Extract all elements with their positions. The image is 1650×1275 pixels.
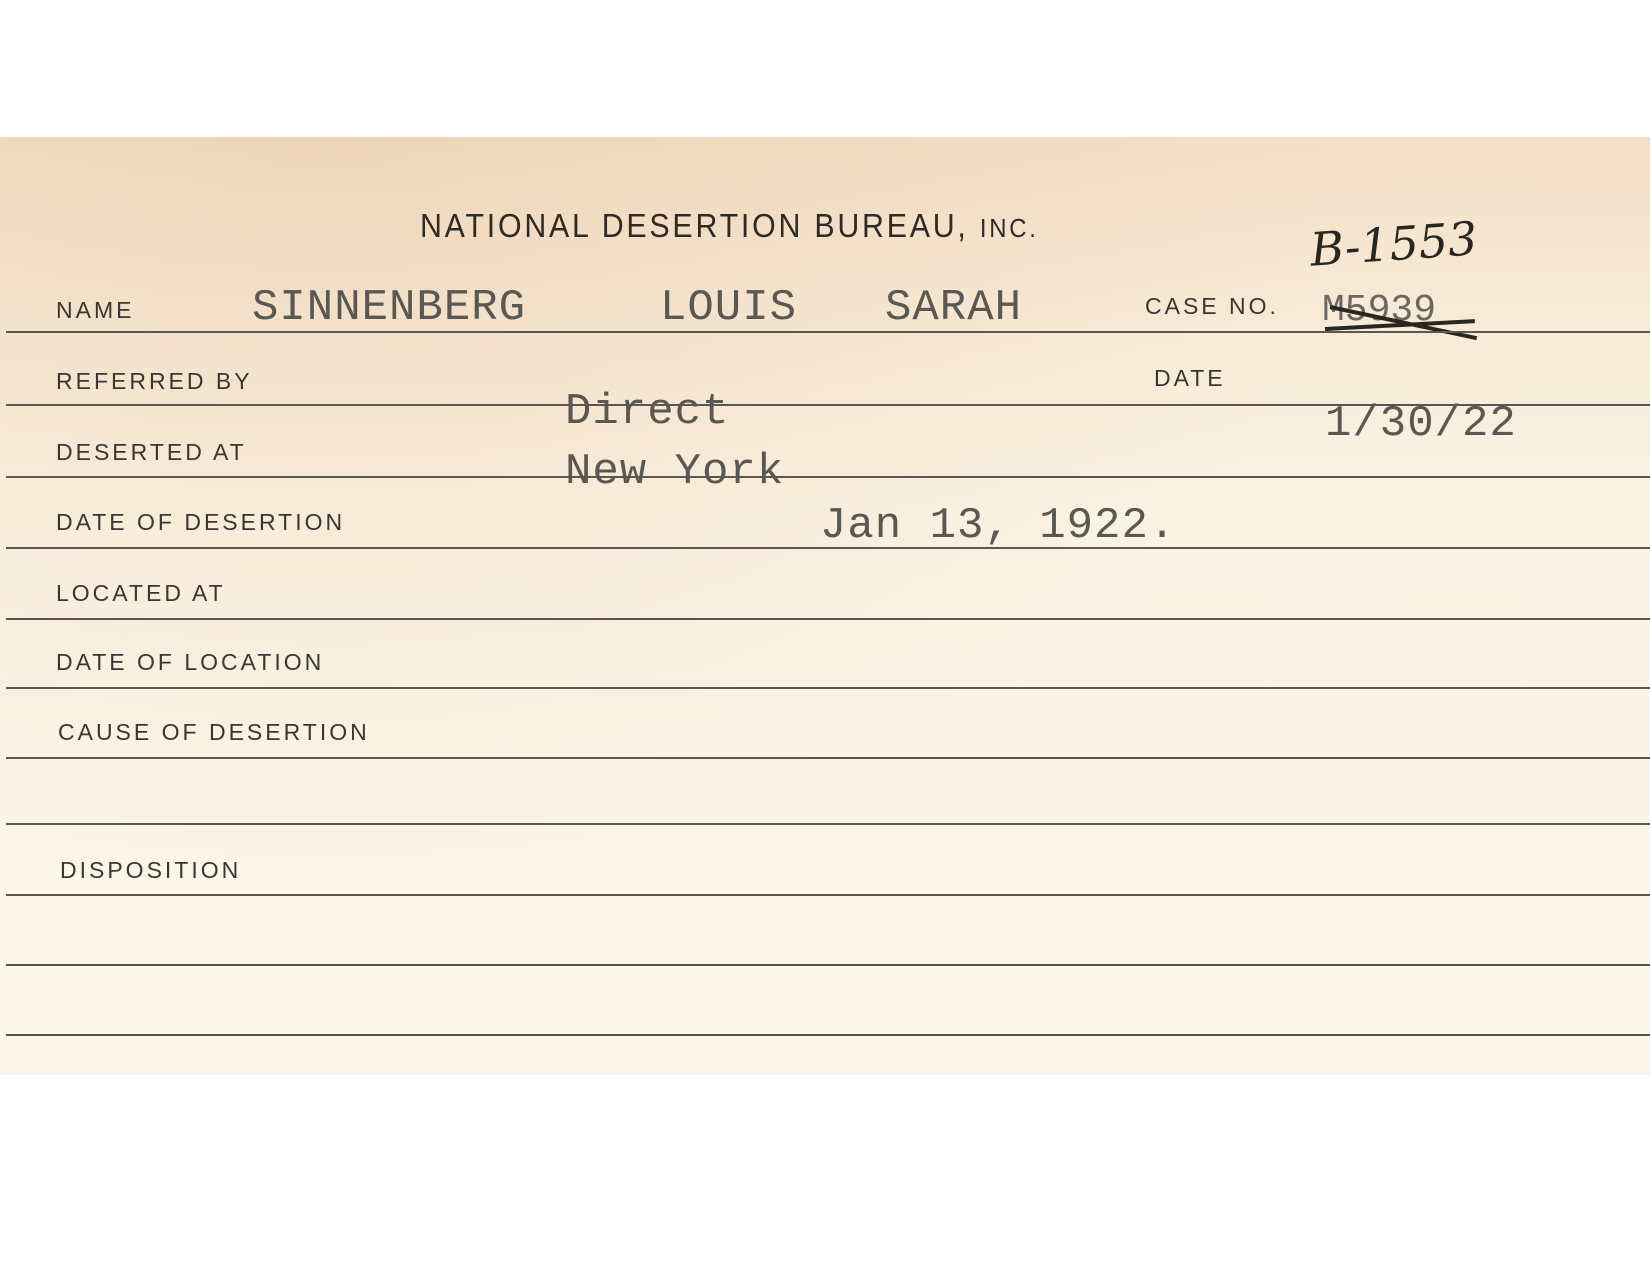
date-of-desertion-value: Jan 13, 1922. — [820, 501, 1176, 551]
index-card: NATIONAL DESERTION BUREAU, INC. B-1553 N… — [0, 137, 1650, 1075]
rule-deserted-at — [6, 476, 1650, 478]
name-label: NAME — [56, 297, 134, 324]
name-surname-value: SINNENBERG — [252, 283, 526, 333]
rule-blank-3 — [6, 1034, 1650, 1036]
name-given-2-value: SARAH — [885, 283, 1022, 333]
handwritten-case-number: B-1553 — [1308, 211, 1479, 277]
name-given-1-value: LOUIS — [660, 283, 797, 333]
bureau-name: NATIONAL DESERTION BUREAU, — [420, 207, 969, 244]
deserted-at-label: DESERTED AT — [56, 439, 247, 466]
date-label: DATE — [1154, 365, 1226, 392]
deserted-at-value: New York — [565, 447, 784, 497]
date-value: 1/30/22 — [1325, 399, 1517, 449]
disposition-label: DISPOSITION — [60, 857, 241, 884]
date-of-desertion-label: DATE OF DESERTION — [56, 509, 345, 536]
rule-name — [6, 331, 1650, 333]
referred-by-value: Direct — [565, 387, 729, 437]
rule-disposition — [6, 894, 1650, 896]
rule-date-of-location — [6, 687, 1650, 689]
rule-cause-of-desertion — [6, 757, 1650, 759]
rule-blank-1 — [6, 823, 1650, 825]
cause-of-desertion-label: CAUSE OF DESERTION — [58, 719, 370, 746]
rule-date-of-desertion — [6, 547, 1650, 549]
date-of-location-label: DATE OF LOCATION — [56, 649, 324, 676]
rule-blank-2 — [6, 964, 1650, 966]
rule-located-at — [6, 618, 1650, 620]
card-title: NATIONAL DESERTION BUREAU, INC. — [420, 207, 1039, 245]
case-no-label: CASE NO. — [1145, 293, 1279, 320]
located-at-label: LOCATED AT — [56, 580, 226, 607]
bureau-suffix: INC. — [980, 213, 1039, 243]
referred-by-label: REFERRED BY — [56, 368, 253, 395]
